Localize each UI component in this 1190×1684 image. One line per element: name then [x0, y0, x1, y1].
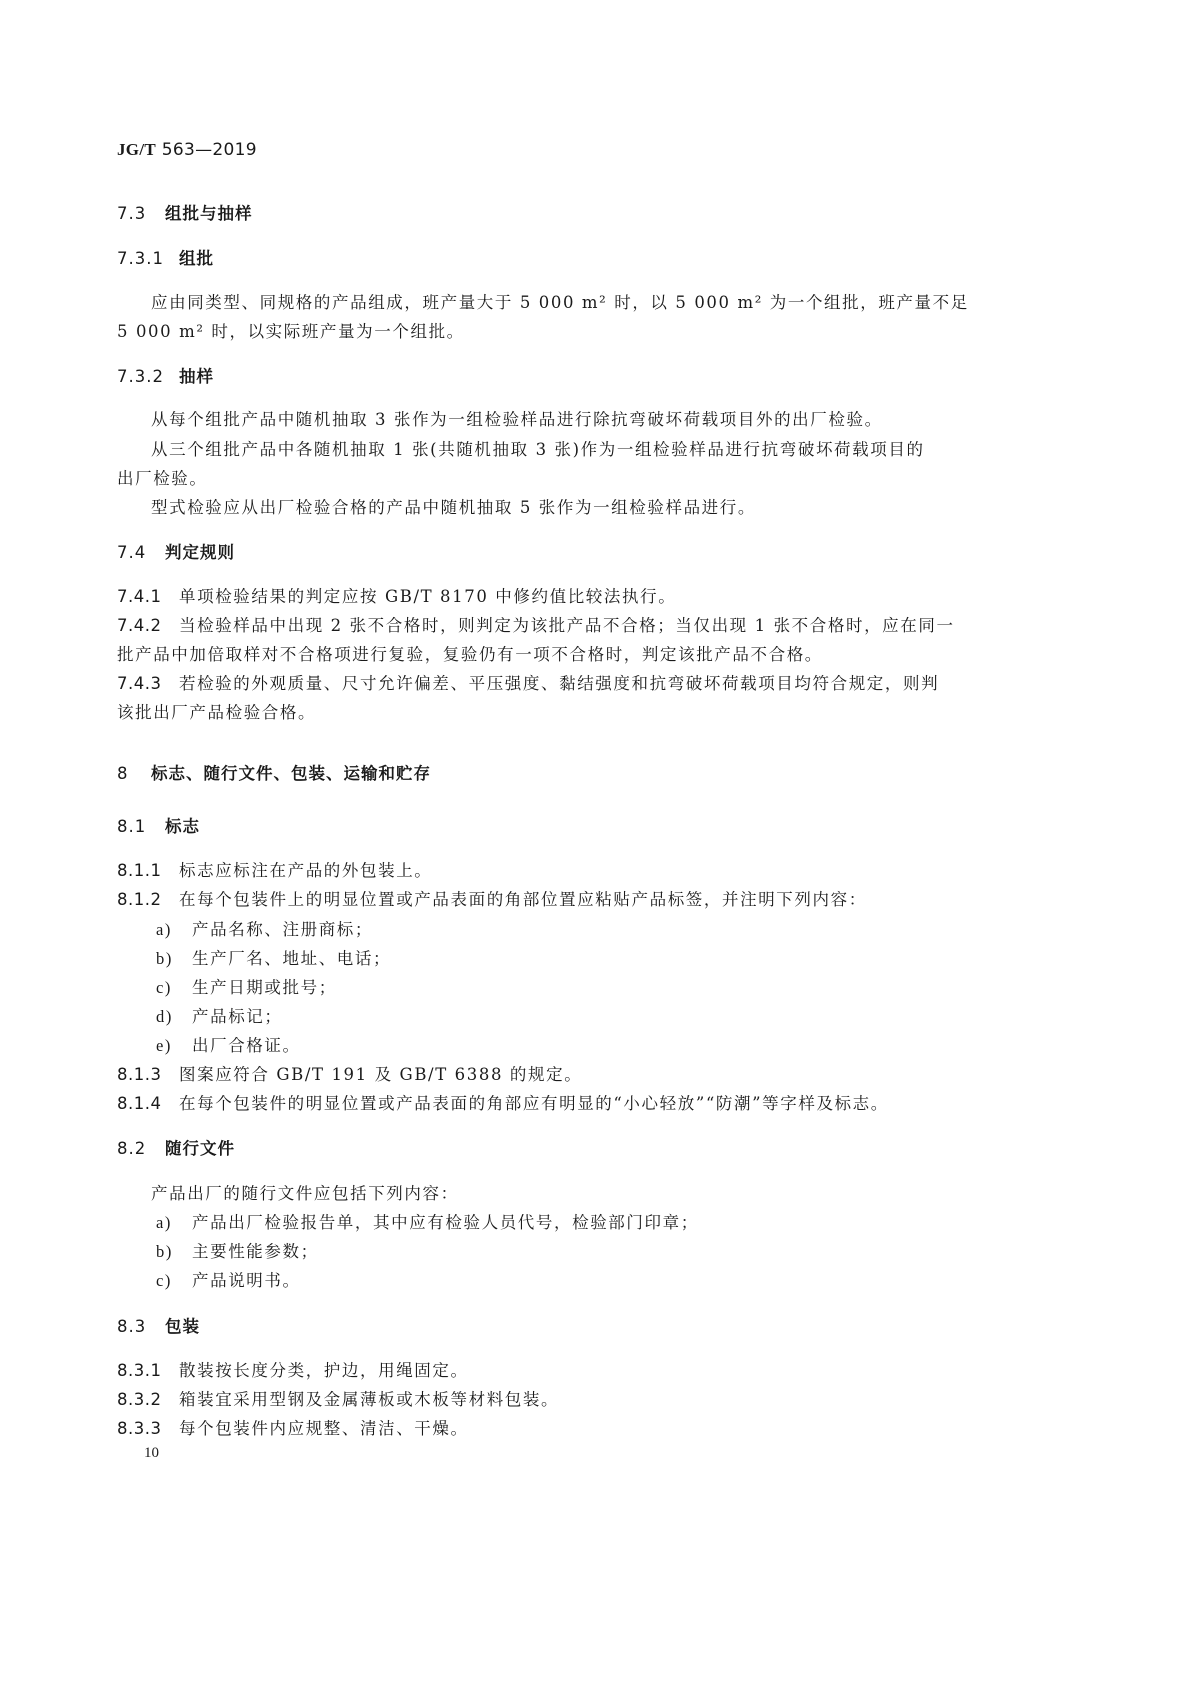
clause-8-3-3: 8.3.3每个包装件内应规整、清洁、干燥。: [117, 1415, 469, 1439]
standard-code-number: 563—2019: [162, 140, 257, 160]
clause-8-1-3: 8.1.3图案应符合 GB/T 191 及 GB/T 6388 的规定。: [117, 1061, 582, 1085]
heading-7-4: 7.4判定规则: [117, 539, 235, 563]
clause-7-4-2-line1: 7.4.2当检验样品中出现 2 张不合格时，则判定为该批产品不合格；当仅出现 1…: [117, 612, 955, 636]
paragraph-7-3-2-p1: 从每个组批产品中随机抽取 3 张作为一组检验样品进行除抗弯破坏荷载项目外的出厂检…: [151, 406, 883, 430]
clause-8-3-2: 8.3.2箱装宜采用型钢及金属薄板或木板等材料包装。: [117, 1386, 559, 1410]
paragraph-7-3-2-p2-line2: 出厂检验。: [117, 465, 208, 489]
heading-8-1: 8.1标志: [117, 813, 200, 837]
clause-7-4-3-line2: 该批出厂产品检验合格。: [117, 699, 316, 723]
heading-8: 8标志、随行文件、包装、运输和贮存: [117, 760, 431, 784]
list-item-8-2-c: c)产品说明书。: [156, 1267, 301, 1291]
paragraph-7-3-1-line2: 5 000 m² 时，以实际班产量为一个组批。: [117, 318, 465, 342]
paragraph-8-2-intro: 产品出厂的随行文件应包括下列内容：: [151, 1180, 459, 1204]
heading-7-3: 7.3组批与抽样: [117, 200, 253, 224]
heading-8-3: 8.3包装: [117, 1313, 200, 1337]
heading-7-3-2: 7.3.2抽样: [117, 363, 214, 387]
clause-8-3-1: 8.3.1散装按长度分类，护边，用绳固定。: [117, 1357, 469, 1381]
list-item-8-1-2-a: a)产品名称、注册商标；: [156, 916, 373, 940]
clause-7-4-1: 7.4.1单项检验结果的判定应按 GB/T 8170 中修约值比较法执行。: [117, 583, 676, 607]
standard-code-prefix: JG/T: [117, 140, 156, 159]
paragraph-7-3-2-p2-line1: 从三个组批产品中各随机抽取 1 张(共随机抽取 3 张)作为一组检验样品进行抗弯…: [151, 436, 925, 460]
clause-8-1-4: 8.1.4在每个包装件的明显位置或产品表面的角部应有明显的“小心轻放”“防潮”等…: [117, 1090, 889, 1114]
clause-8-1-1: 8.1.1标志应标注在产品的外包装上。: [117, 857, 432, 881]
page-number: 10: [144, 1445, 159, 1462]
list-item-8-1-2-d: d)产品标记；: [156, 1003, 283, 1027]
standard-code-header: JG/T 563—2019: [117, 140, 257, 160]
document-page: JG/T 563—2019 7.3组批与抽样 7.3.1组批 应由同类型、同规格…: [0, 0, 1190, 1684]
clause-7-4-3-line1: 7.4.3若检验的外观质量、尺寸允许偏差、平压强度、黏结强度和抗弯破坏荷载项目均…: [117, 670, 939, 694]
list-item-8-2-a: a)产品出厂检验报告单，其中应有检验人员代号，检验部门印章；: [156, 1209, 699, 1233]
list-item-8-1-2-e: e)出厂合格证。: [156, 1032, 301, 1056]
list-item-8-1-2-c: c)生产日期或批号；: [156, 974, 337, 998]
clause-8-1-2: 8.1.2在每个包装件上的明显位置或产品表面的角部位置应粘贴产品标签，并注明下列…: [117, 886, 867, 910]
paragraph-7-3-1-line1: 应由同类型、同规格的产品组成，班产量大于 5 000 m² 时，以 5 000 …: [151, 289, 969, 313]
heading-7-3-1: 7.3.1组批: [117, 245, 214, 269]
clause-7-4-2-line2: 批产品中加倍取样对不合格项进行复验，复验仍有一项不合格时，判定该批产品不合格。: [117, 641, 823, 665]
list-item-8-2-b: b)主要性能参数；: [156, 1238, 319, 1262]
paragraph-7-3-2-p3: 型式检验应从出厂检验合格的产品中随机抽取 5 张作为一组检验样品进行。: [151, 494, 756, 518]
list-item-8-1-2-b: b)生产厂名、地址、电话；: [156, 945, 391, 969]
heading-8-2: 8.2随行文件: [117, 1135, 235, 1159]
